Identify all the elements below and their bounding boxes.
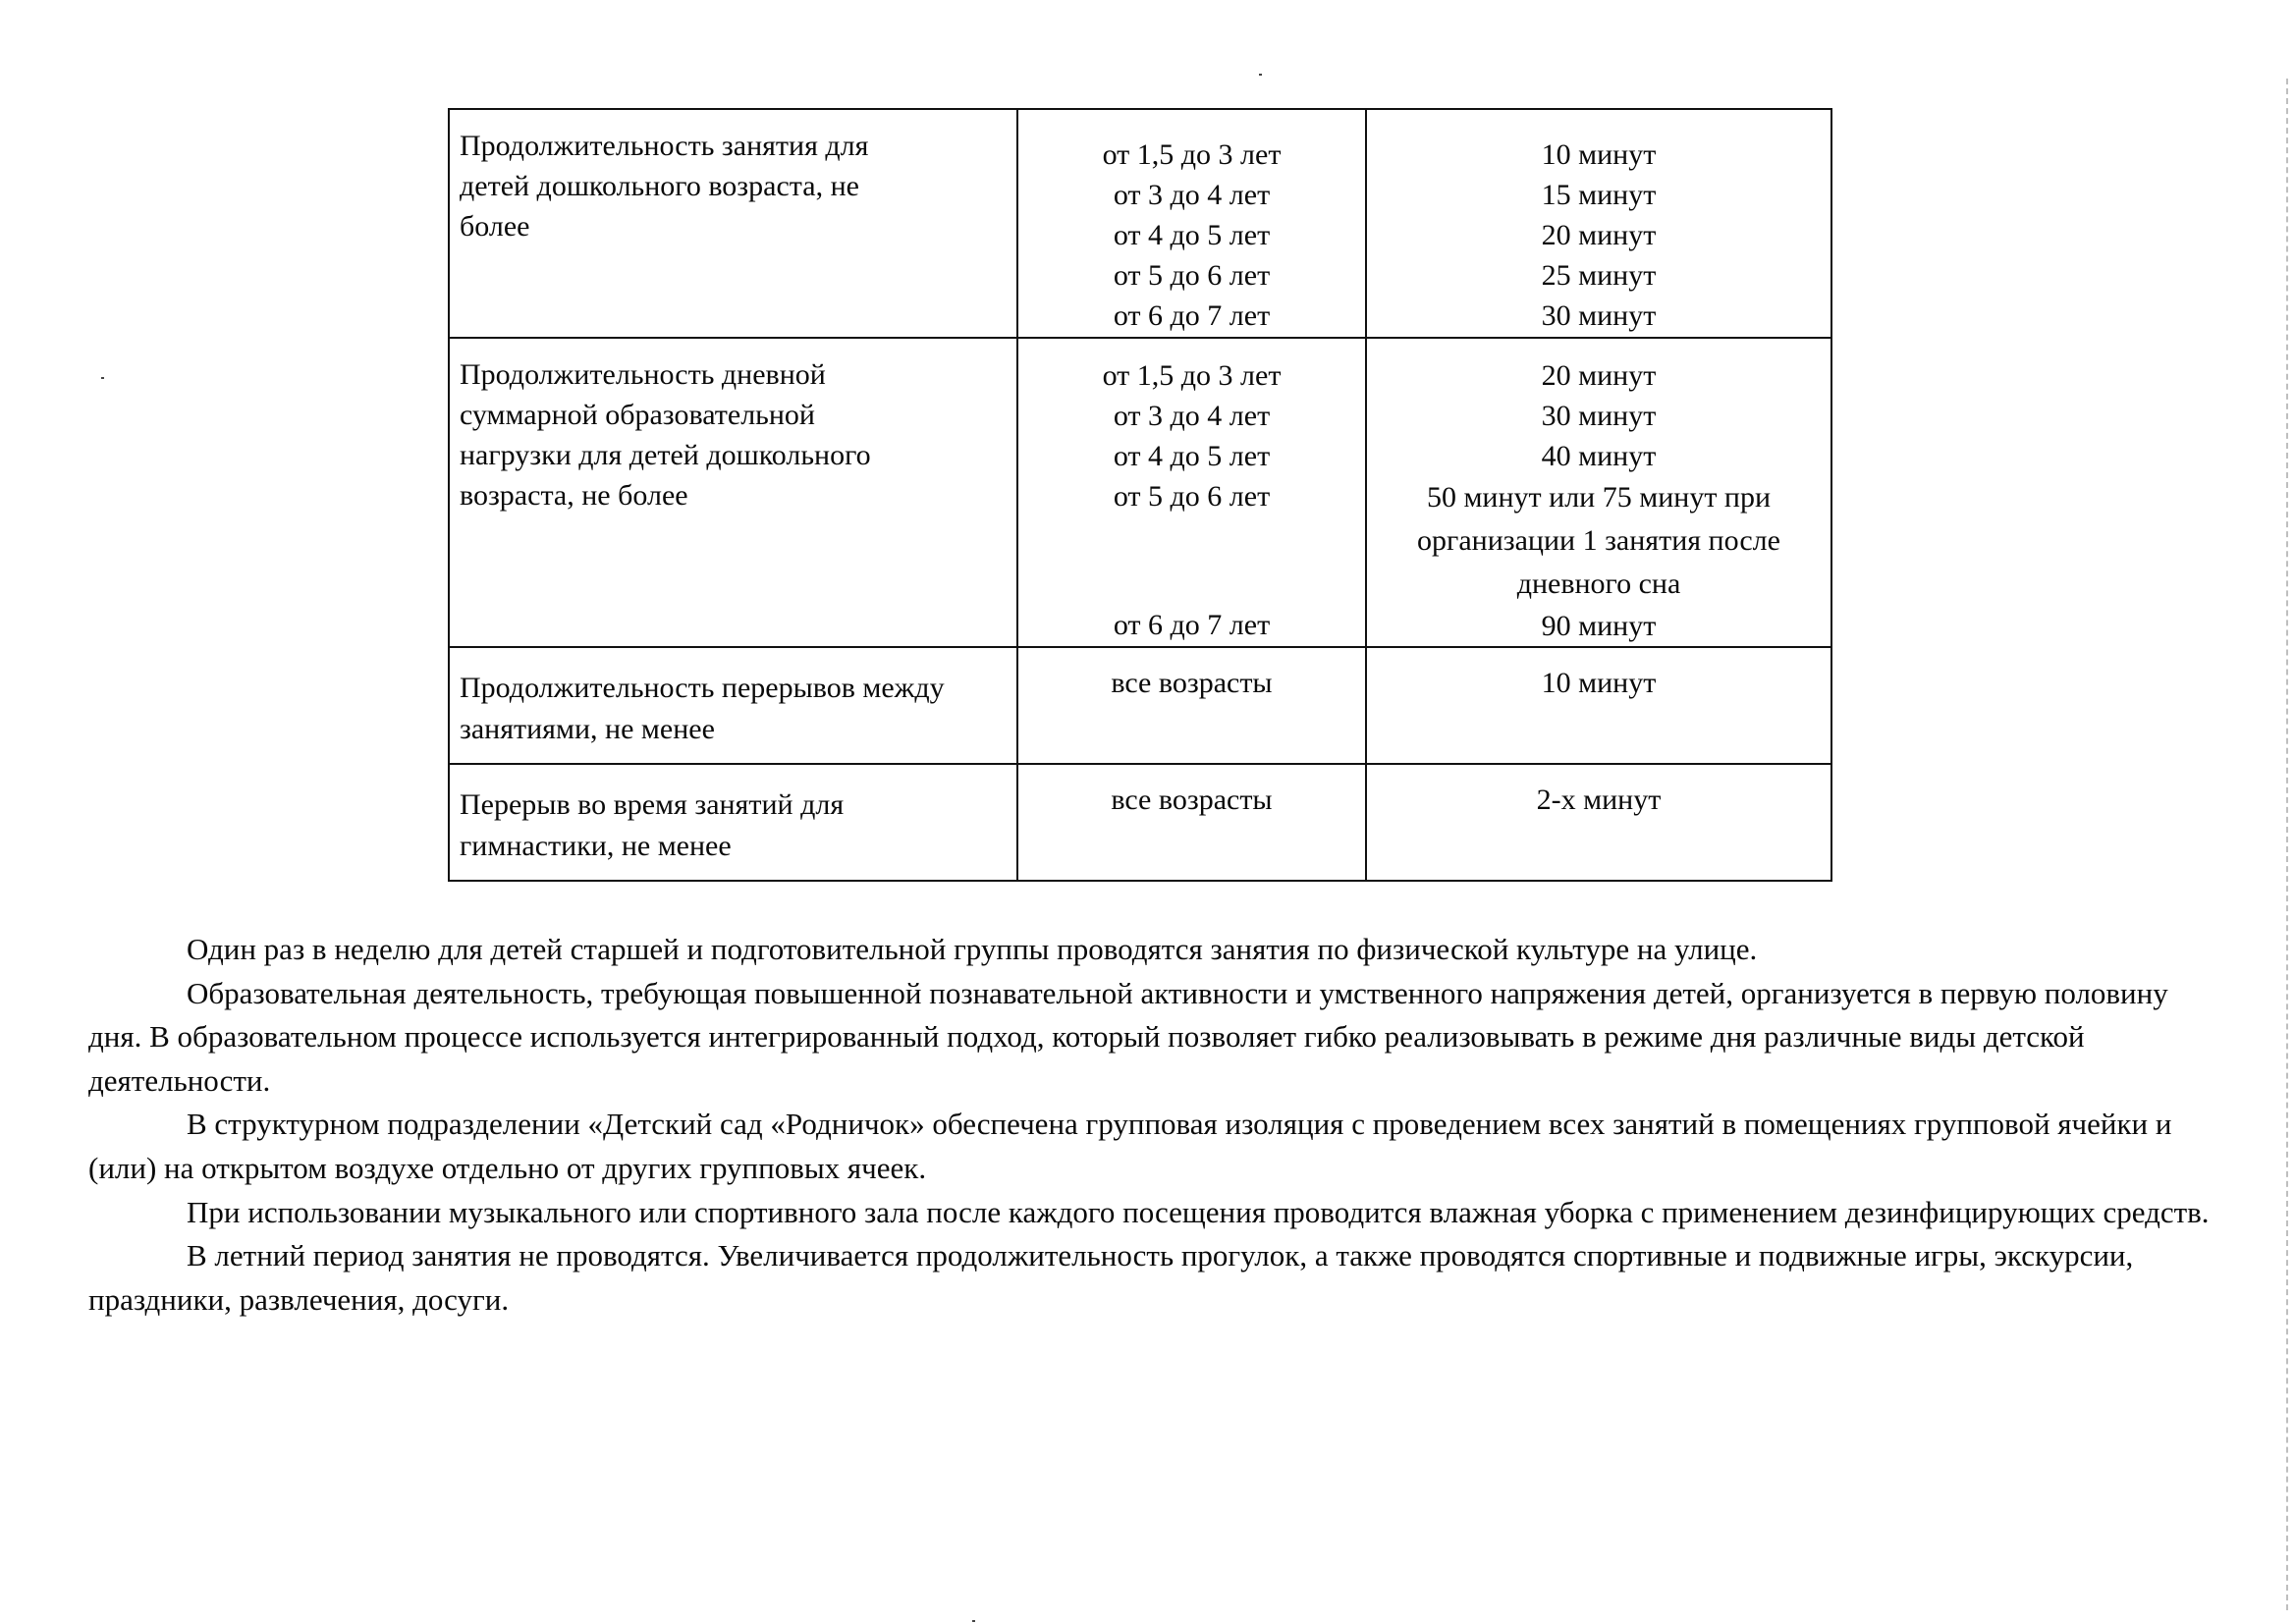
age-cell: от 1,5 до 3 лет от 3 до 4 лет от 4 до 5 … [1017, 338, 1366, 647]
duration-value: 30 минут [1367, 296, 1831, 336]
duration-value: организации 1 занятия после [1367, 519, 1831, 563]
row-label-line: Продолжительность дневной [460, 354, 1007, 395]
paragraph: Образовательная деятельность, требующая … [88, 972, 2210, 1104]
duration-value: 15 минут [1367, 175, 1831, 215]
duration-value: 50 минут или 75 минут при [1367, 476, 1831, 519]
row-label-cell: Перерыв во время занятий для гимнастики,… [449, 764, 1017, 881]
age-range: от 6 до 7 лет [1018, 605, 1365, 645]
row-label-cell: Продолжительность перерывов между заняти… [449, 647, 1017, 764]
duration-value: 10 минут [1367, 135, 1831, 175]
paragraph: В структурном подразделении «Детский сад… [88, 1103, 2210, 1190]
row-label-line: гимнастики, не менее [460, 826, 1007, 867]
scan-artifact-edge [2286, 79, 2288, 1610]
duration-cell: 10 минут 15 минут 20 минут 25 минут 30 м… [1366, 109, 1831, 338]
age-range: от 5 до 6 лет [1018, 476, 1365, 516]
row-label-line: суммарной образовательной [460, 395, 1007, 435]
row-label-line: занятиями, не менее [460, 709, 1007, 750]
duration-value: 25 минут [1367, 255, 1831, 296]
age-range: от 1,5 до 3 лет [1018, 355, 1365, 396]
row-label-line: возраста, не более [460, 475, 1007, 515]
duration-value: 20 минут [1367, 355, 1831, 396]
duration-value: 2-х минут [1537, 784, 1662, 816]
scan-speck [972, 1620, 975, 1622]
schedule-table: Продолжительность занятия для детей дошк… [448, 108, 1832, 882]
age-range: все возрасты [1111, 667, 1272, 699]
row-label-line: Продолжительность занятия для [460, 126, 1007, 166]
table-row: Продолжительность занятия для детей дошк… [449, 109, 1831, 338]
duration-value: 90 минут [1367, 606, 1831, 646]
body-text: Один раз в неделю для детей старшей и по… [88, 928, 2210, 1322]
age-range: от 5 до 6 лет [1018, 255, 1365, 296]
table-row: Продолжительность перерывов между заняти… [449, 647, 1831, 764]
age-range: от 3 до 4 лет [1018, 175, 1365, 215]
age-cell: все возрасты [1017, 647, 1366, 764]
age-range: от 1,5 до 3 лет [1018, 135, 1365, 175]
paragraph: В летний период занятия не проводятся. У… [88, 1234, 2210, 1322]
row-label-line: нагрузки для детей дошкольного [460, 435, 1007, 475]
duration-value: 30 минут [1367, 396, 1831, 436]
duration-value: 40 минут [1367, 436, 1831, 476]
duration-value: 10 минут [1542, 667, 1657, 699]
row-label-line: Продолжительность перерывов между [460, 668, 1007, 709]
age-cell: от 1,5 до 3 лет от 3 до 4 лет от 4 до 5 … [1017, 109, 1366, 338]
age-range: от 4 до 5 лет [1018, 436, 1365, 476]
age-range: от 6 до 7 лет [1018, 296, 1365, 336]
row-label-cell: Продолжительность занятия для детей дошк… [449, 109, 1017, 338]
row-label-line: Перерыв во время занятий для [460, 785, 1007, 826]
table-row: Перерыв во время занятий для гимнастики,… [449, 764, 1831, 881]
document-page: Продолжительность занятия для детей дошк… [0, 0, 2295, 1624]
scan-speck [1259, 74, 1262, 76]
spacer [1018, 516, 1365, 597]
row-label-line: более [460, 206, 1007, 246]
row-label-cell: Продолжительность дневной суммарной обра… [449, 338, 1017, 647]
scan-speck [101, 377, 104, 379]
age-range: от 4 до 5 лет [1018, 215, 1365, 255]
age-range: от 3 до 4 лет [1018, 396, 1365, 436]
age-range: все возрасты [1111, 784, 1272, 816]
age-cell: все возрасты [1017, 764, 1366, 881]
duration-cell: 10 минут [1366, 647, 1831, 764]
table-row: Продолжительность дневной суммарной обра… [449, 338, 1831, 647]
row-label-line: детей дошкольного возраста, не [460, 166, 1007, 206]
duration-value: дневного сна [1367, 563, 1831, 606]
duration-cell: 20 минут 30 минут 40 минут 50 минут или … [1366, 338, 1831, 647]
paragraph: Один раз в неделю для детей старшей и по… [88, 928, 2210, 972]
duration-cell: 2-х минут [1366, 764, 1831, 881]
paragraph: При использовании музыкального или спорт… [88, 1191, 2210, 1235]
duration-value: 20 минут [1367, 215, 1831, 255]
